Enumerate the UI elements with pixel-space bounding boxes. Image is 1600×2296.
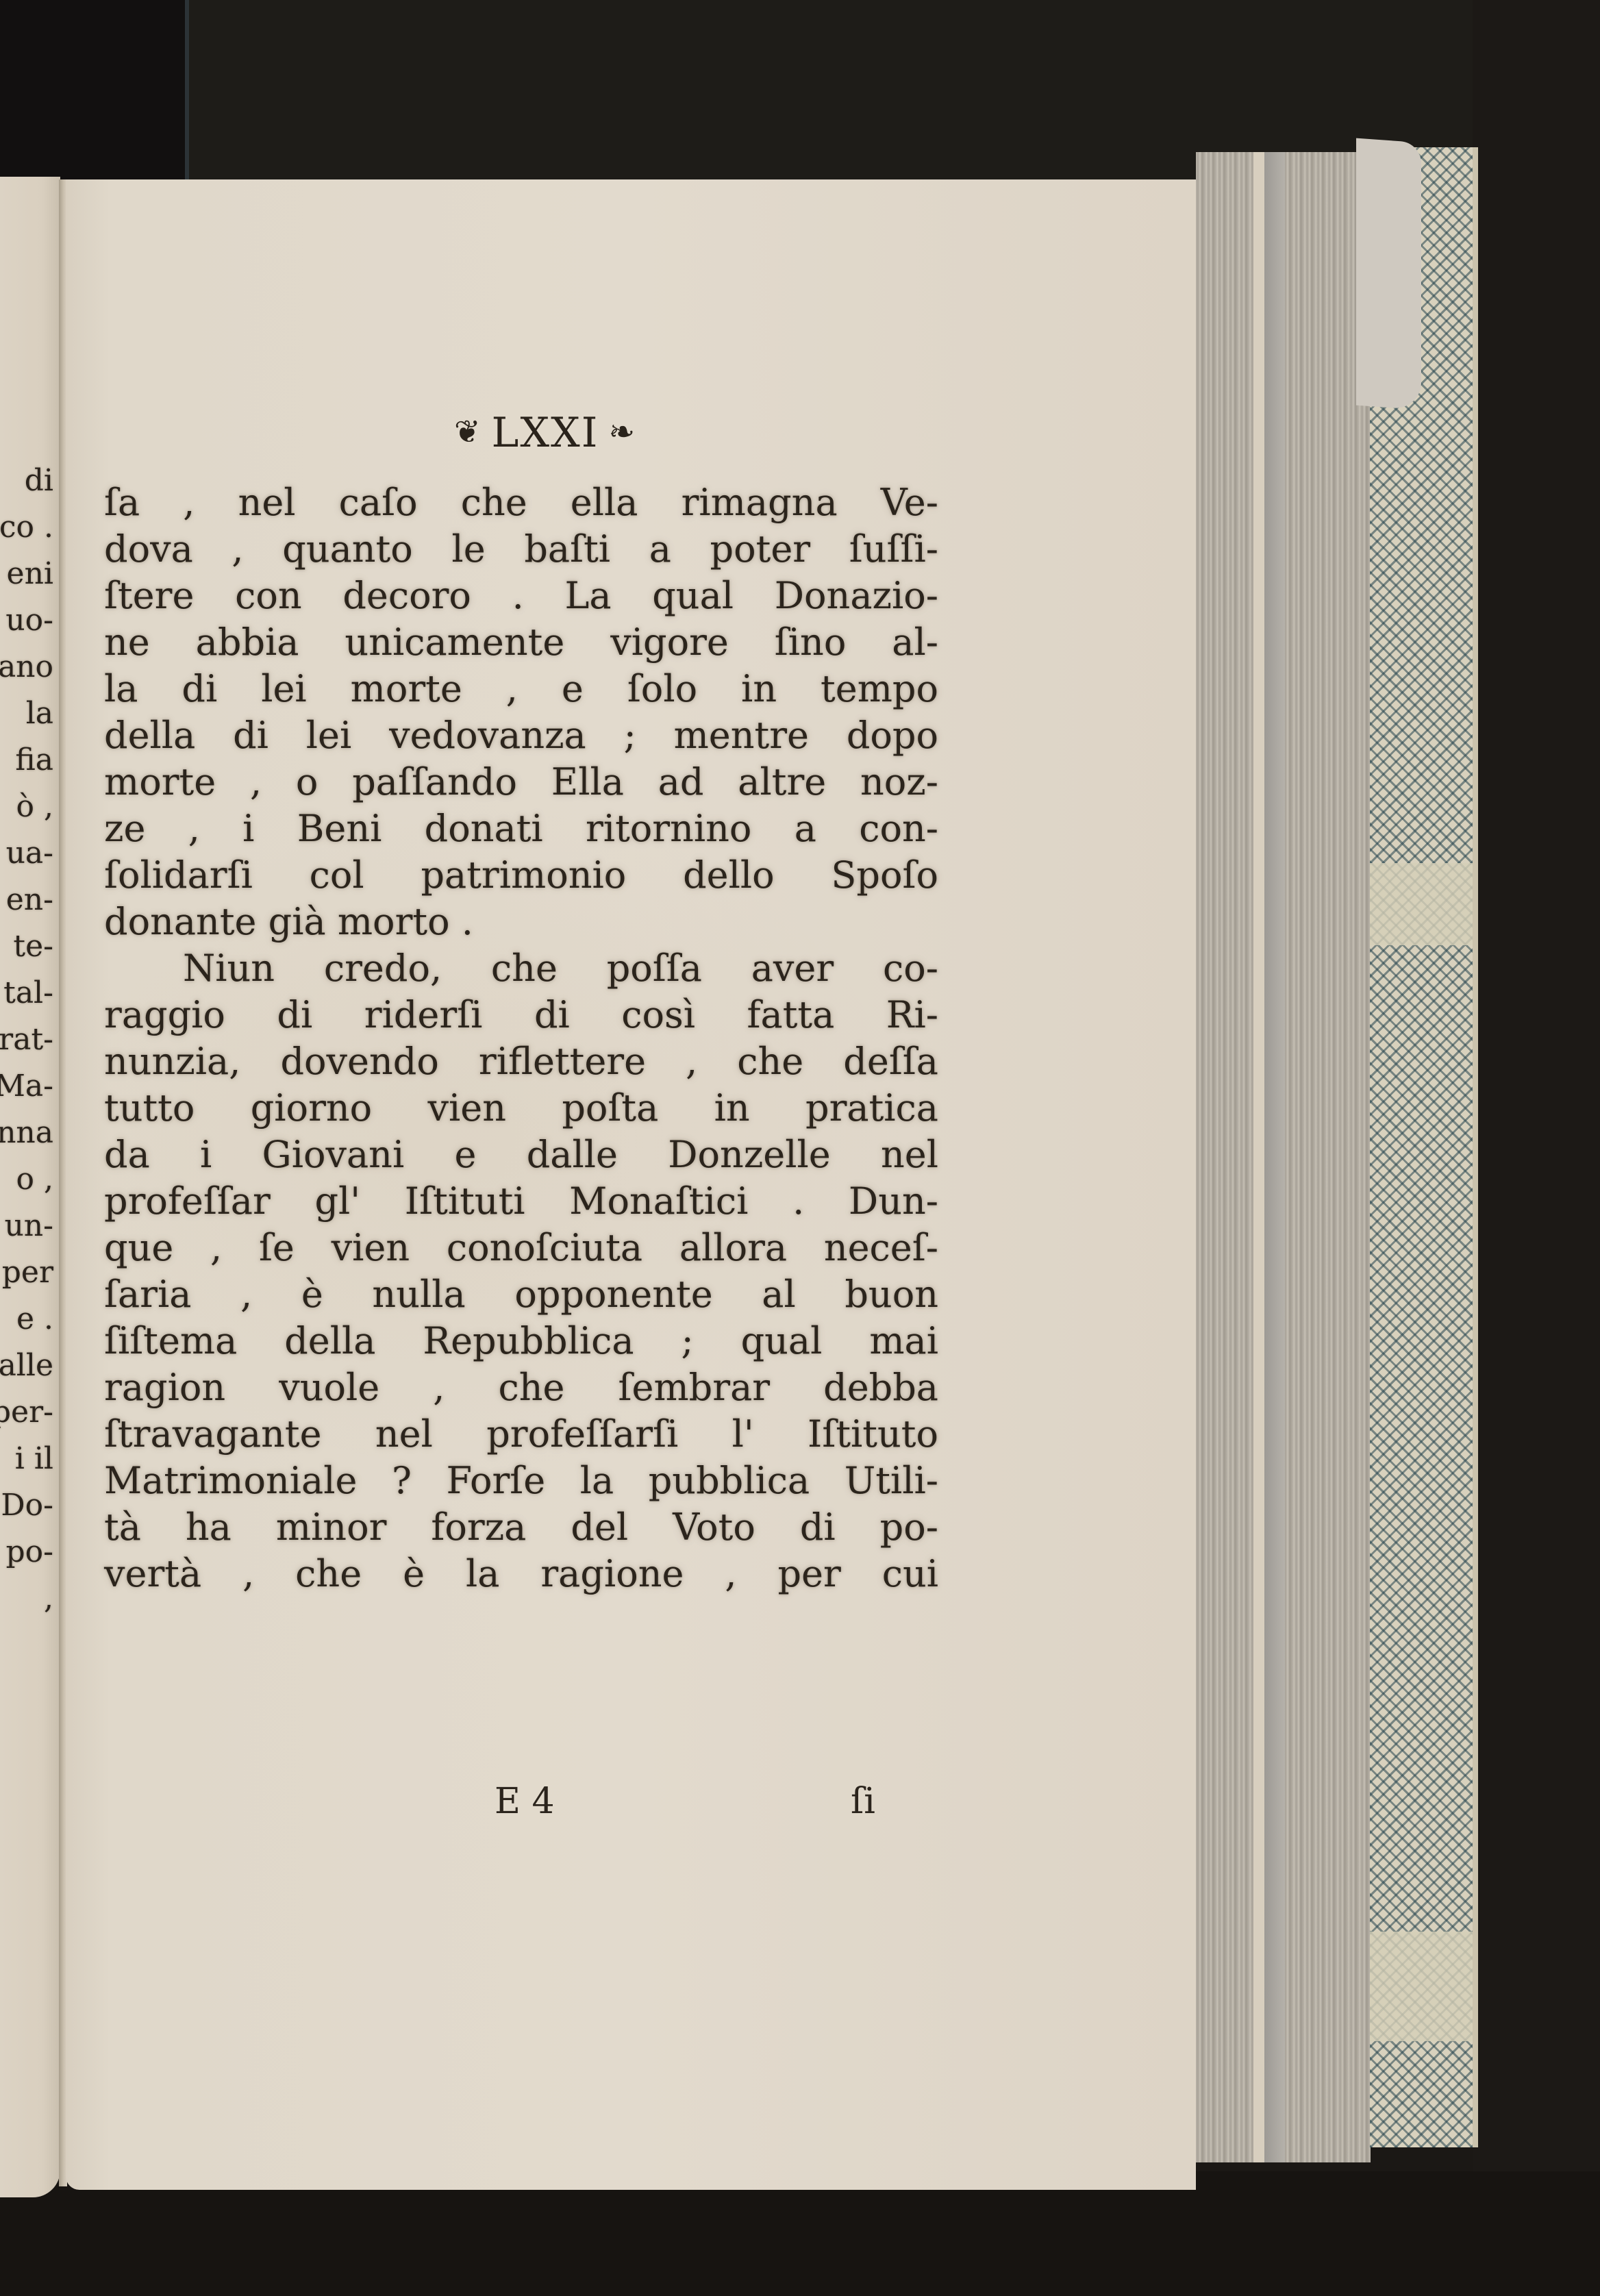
left-fragment: nna [0, 1118, 53, 1148]
page-header: ❦LXXI❧ [66, 409, 1025, 457]
torn-paper-flap [1356, 138, 1421, 410]
scan-background-bottom [0, 2171, 1600, 2296]
page-stack-band [1264, 152, 1285, 2162]
text-line: ne abbia unicamente vigore ſino al- [104, 619, 938, 666]
scan-background-right [1473, 0, 1600, 2296]
text-line: ſiſtema della Repubblica ; qual mai [104, 1318, 938, 1364]
text-line: ſaria , è nulla opponente al buon [104, 1271, 938, 1318]
text-line: vertà , che è la ragione , per cui [104, 1551, 938, 1597]
page-footer: E 4 ſi [104, 1781, 938, 1829]
text-line: dova , quanto le baſti a poter ſuſſi- [104, 526, 938, 573]
signature-mark: E 4 [495, 1781, 555, 1822]
book-cover-edge [1370, 147, 1478, 2147]
left-fragment: en- [6, 885, 53, 915]
text-line: della di lei vedovanza ; mentre dopo [104, 712, 938, 759]
left-page: di co . eni uo- ano la fia ò , ua- en- t… [0, 177, 60, 2197]
left-fragment: po- [5, 1537, 53, 1567]
left-fragment: ò , [16, 792, 53, 822]
fleuron-right-icon: ❧ [608, 413, 636, 450]
page-stack-band [1253, 152, 1264, 2162]
text-line: que , ſe vien conoſciuta allora neceſ- [104, 1225, 938, 1271]
text-line: ragion vuole , che ſembrar debba [104, 1364, 938, 1411]
left-fragment: ua- [6, 838, 53, 869]
text-line: raggio di riderſi di così fatta Ri- [104, 992, 938, 1038]
right-page: ❦LXXI❧ ſa , nel caſo che ella rimagna Ve… [66, 179, 1196, 2190]
left-fragment: per [2, 1258, 53, 1288]
text-line: ſtravagante nel profeſſarſi l' Iſtituto [104, 1411, 938, 1458]
catchword: ſi [851, 1781, 875, 1822]
left-fragment: Ma- [0, 1071, 53, 1101]
left-fragment: per- [0, 1397, 53, 1427]
left-fragment: te- [13, 932, 53, 962]
page-stack-edge [1196, 152, 1371, 2162]
left-fragment: o , [16, 1164, 53, 1195]
fleuron-left-icon: ❦ [454, 413, 482, 450]
left-fragment: i il [15, 1444, 53, 1474]
left-fragment: fia [15, 745, 53, 775]
left-fragment: co . [0, 512, 53, 542]
text-line: profeſſar gl' Iſtituti Monaſtici . Dun- [104, 1178, 938, 1225]
text-line: donante già morto . [104, 899, 938, 945]
cover-wear [1370, 863, 1473, 945]
page-number: LXXI [492, 409, 599, 457]
left-fragment: alle [0, 1351, 53, 1381]
left-fragment: un- [4, 1211, 53, 1241]
text-line: da i Giovani e dalle Donzelle nel [104, 1132, 938, 1178]
left-fragment: Do- [1, 1490, 53, 1521]
left-fragment: ano [0, 652, 53, 682]
text-line: la di lei morte , e ſolo in tempo [104, 666, 938, 712]
left-fragment: rat- [0, 1025, 53, 1055]
left-fragment: uo- [5, 606, 53, 636]
text-line: nunzia, dovendo riflettere , che deſſa [104, 1038, 938, 1085]
text-line: tà ha minor forza del Voto di po- [104, 1504, 938, 1551]
text-line: tutto giorno vien poſta in pratica [104, 1085, 938, 1132]
text-line: ſtere con decoro . La qual Donazio- [104, 573, 938, 619]
left-fragment: la [26, 699, 53, 729]
left-fragment: di [25, 466, 53, 496]
text-line: morte , o paſſando Ella ad altre noz- [104, 759, 938, 806]
left-fragment: , [44, 1584, 53, 1614]
paragraph-start-line: Niun credo, che poſſa aver co- [104, 945, 938, 992]
text-line: Matrimoniale ? Forſe la pubblica Utili- [104, 1458, 938, 1504]
body-text: ſa , nel caſo che ella rimagna Ve- dova … [104, 479, 938, 1597]
cover-wear [1370, 1932, 1473, 2041]
text-line: ſolidarſi col patrimonio dello Spoſo [104, 852, 938, 899]
left-fragment: e . [16, 1304, 53, 1334]
text-line: ze , i Beni donati ritornino a con- [104, 806, 938, 852]
left-fragment: tal- [3, 978, 53, 1008]
text-line: ſa , nel caſo che ella rimagna Ve- [104, 479, 938, 526]
left-fragment: eni [7, 559, 53, 589]
